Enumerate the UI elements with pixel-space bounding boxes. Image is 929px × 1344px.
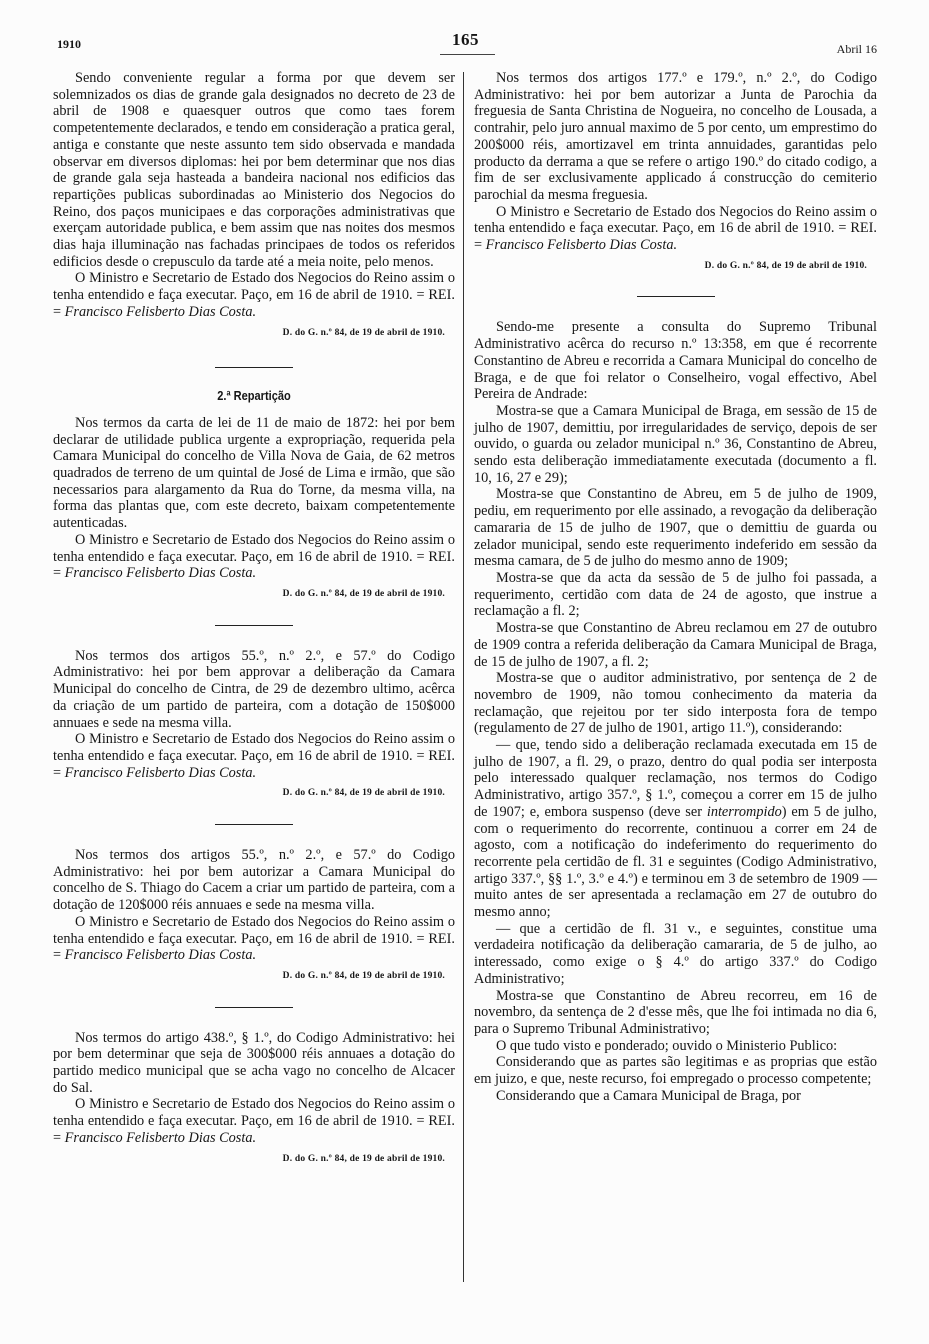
consulta-paragraph: Mostra-se que da acta da sessão de 5 de … xyxy=(474,570,877,620)
consulta-paragraph: — que, tendo sido a deliberação reclamad… xyxy=(474,737,877,921)
page-number: 165 xyxy=(452,30,479,50)
signature: Francisco Felisberto Dias Costa. xyxy=(65,1130,256,1146)
separator-rule xyxy=(215,1007,293,1008)
right-column: Nos termos dos artigos 177.º e 179.º, n.… xyxy=(474,70,877,1104)
signature: Francisco Felisberto Dias Costa. xyxy=(65,565,256,581)
source-citation: D. do G. n.º 84, de 19 de abril de 1910. xyxy=(53,1151,445,1168)
separator-rule xyxy=(215,824,293,825)
source-citation: D. do G. n.º 84, de 19 de abril de 1910. xyxy=(53,586,445,603)
signature: Francisco Felisberto Dias Costa. xyxy=(486,237,677,253)
decree-closing: O Ministro e Secretario de Estado dos Ne… xyxy=(53,532,455,582)
source-citation: D. do G. n.º 84, de 19 de abril de 1910. xyxy=(474,258,867,275)
signature: Francisco Felisberto Dias Costa. xyxy=(65,765,256,781)
left-column: Sendo conveniente regular a forma por qu… xyxy=(53,70,455,1167)
consulta-paragraph: Mostra-se que o auditor administrativo, … xyxy=(474,670,877,737)
section-title: 2.ª Repartição xyxy=(83,388,425,405)
decree-body: Nos termos dos artigos 55.º, n.º 2.º, e … xyxy=(53,648,455,732)
decree-closing: O Ministro e Secretario de Estado dos Ne… xyxy=(53,1096,455,1146)
signature: Francisco Felisberto Dias Costa. xyxy=(65,304,256,320)
consulta-paragraph: Considerando que a Camara Municipal de B… xyxy=(474,1088,877,1105)
decree-closing: O Ministro e Secretario de Estado dos Ne… xyxy=(53,914,455,964)
decree-closing: O Ministro e Secretario de Estado dos Ne… xyxy=(474,204,877,254)
consulta-paragraph: Mostra-se que Constantino de Abreu recla… xyxy=(474,620,877,670)
decree-gala-days: Sendo conveniente regular a forma por qu… xyxy=(53,70,455,341)
source-citation: D. do G. n.º 84, de 19 de abril de 1910. xyxy=(53,968,445,985)
decree-body: Nos termos do artigo 438.º, § 1.º, do Co… xyxy=(53,1030,455,1097)
decree-expropriation-gaia: Nos termos da carta de lei de 11 de maio… xyxy=(53,415,455,603)
header-year: 1910 xyxy=(57,37,81,52)
consulta-paragraph: Mostra-se que Constantino de Abreu recor… xyxy=(474,988,877,1038)
consulta-paragraph: — que a certidão de fl. 31 v., e seguint… xyxy=(474,921,877,988)
consulta-paragraph: Considerando que as partes são legitimas… xyxy=(474,1054,877,1087)
decree-cintra-parteira: Nos termos dos artigos 55.º, n.º 2.º, e … xyxy=(53,648,455,802)
consulta-paragraph: Mostra-se que Constantino de Abreu, em 5… xyxy=(474,486,877,570)
italic-correction: interrompido xyxy=(707,804,782,820)
decree-body: Nos termos da carta de lei de 11 de maio… xyxy=(53,415,455,532)
separator-rule xyxy=(637,296,715,297)
decree-alcacer-medico: Nos termos do artigo 438.º, § 1.º, do Co… xyxy=(53,1030,455,1168)
decree-closing: O Ministro e Secretario de Estado dos Ne… xyxy=(53,731,455,781)
header-date: Abril 16 xyxy=(837,42,877,57)
source-citation: D. do G. n.º 84, de 19 de abril de 1910. xyxy=(53,785,445,802)
consulta-paragraph: Mostra-se que a Camara Municipal de Brag… xyxy=(474,403,877,487)
source-citation: D. do G. n.º 84, de 19 de abril de 1910. xyxy=(53,325,445,342)
consulta-supremo-tribunal: Sendo-me presente a consulta do Supremo … xyxy=(474,319,877,1104)
page-number-underline xyxy=(440,54,495,55)
page-header: 1910 165 Abril 16 xyxy=(0,0,929,60)
decree-closing: O Ministro e Secretario de Estado dos Ne… xyxy=(53,270,455,320)
column-divider xyxy=(463,72,464,1282)
decree-body: Nos termos dos artigos 55.º, n.º 2.º, e … xyxy=(53,847,455,914)
decree-body: Nos termos dos artigos 177.º e 179.º, n.… xyxy=(474,70,877,204)
decree-junta-parochia-lousada: Nos termos dos artigos 177.º e 179.º, n.… xyxy=(474,70,877,274)
consulta-paragraph: O que tudo visto e ponderado; ouvido o M… xyxy=(474,1038,877,1055)
separator-rule xyxy=(215,367,293,368)
decree-body: Sendo conveniente regular a forma por qu… xyxy=(53,70,455,270)
signature: Francisco Felisberto Dias Costa. xyxy=(65,947,256,963)
separator-rule xyxy=(215,625,293,626)
decree-thiago-cacem-parteira: Nos termos dos artigos 55.º, n.º 2.º, e … xyxy=(53,847,455,985)
consulta-intro: Sendo-me presente a consulta do Supremo … xyxy=(474,319,877,403)
